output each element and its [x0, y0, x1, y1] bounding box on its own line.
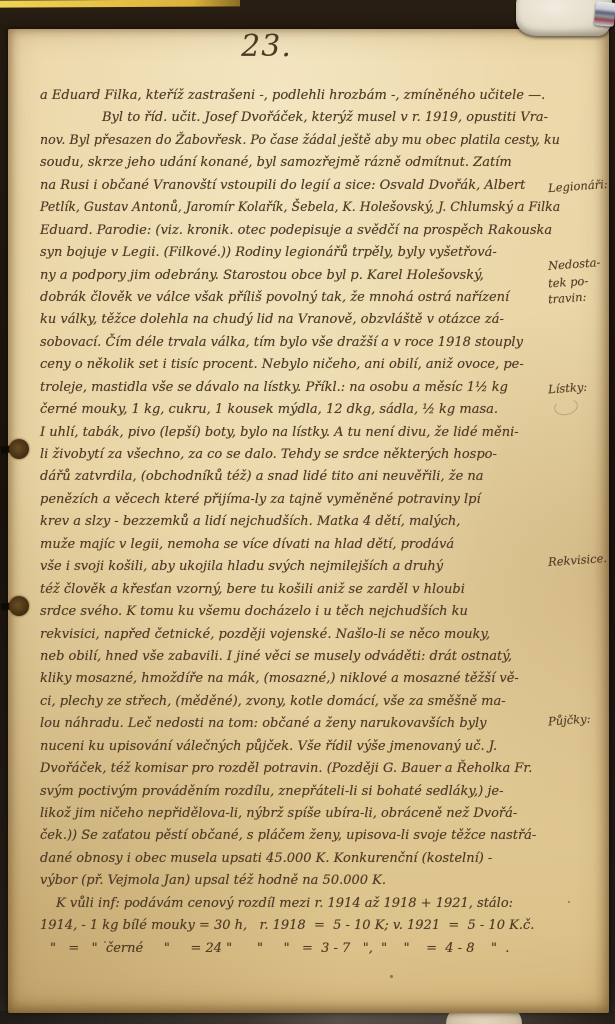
handwritten-line: Byl to říd. učit. Josef Dvořáček, kterýž…	[40, 107, 560, 129]
margin-note: Půjčky:	[548, 712, 591, 729]
handwritten-line: srdce svého. K tomu ku všemu docházelo i…	[40, 601, 560, 623]
margin-note: travin:	[548, 290, 587, 307]
handwritten-line: li živobytí za všechno, za co se dalo. T…	[40, 444, 560, 466]
handwritten-line: neb obilí, hned vše zabavili. I jiné věc…	[40, 646, 560, 668]
handwritten-line: dářů zatvrdila, (obchodníků též) a snad …	[40, 466, 560, 488]
scanned-chronicle-photo: 23. a Eduard Filka, kteříž zastrašeni -,…	[0, 0, 615, 1024]
handwritten-line: K vůli inf: podávám cenový rozdíl mezi r…	[40, 893, 560, 915]
handwritten-line: Dvořáček, též komisar pro rozděl potravi…	[40, 758, 560, 780]
handwritten-line: 1914, - 1 kg bílé mouky = 30 h, r. 1918 …	[40, 915, 560, 937]
handwritten-line: Petlík, Gustav Antonů, Jaromír Kolařík, …	[40, 197, 560, 219]
handwritten-line: troleje, mastidla vše se dávalo na lístk…	[40, 377, 560, 399]
handwritten-line: likož jim ničeho nepřidělova-li, nýbrž s…	[40, 803, 560, 825]
punch-hole-circle	[9, 596, 29, 616]
handwritten-line: ci, plechy ze střech, (měděné), zvony, k…	[40, 691, 560, 713]
handwritten-line: krev a slzy - bezzemků a lidí nejchudšíc…	[40, 511, 560, 533]
punch-hole-top	[5, 438, 29, 460]
handwritten-line: ceny o několik set i tisíc procent. Neby…	[40, 354, 560, 376]
handwritten-line: sobovací. Čím déle trvala válka, tím byl…	[40, 332, 560, 354]
page-number: 23.	[8, 29, 525, 64]
handwritten-line: ny a podpory jim odebrány. Starostou obc…	[40, 265, 560, 287]
yellow-edge-strip	[0, 0, 240, 8]
handwritten-line: dané obnosy i obec musela upsati 45.000 …	[40, 848, 560, 870]
handwritten-line: a Eduard Filka, kteříž zastrašeni -, pod…	[40, 85, 560, 107]
handwritten-line: vše i svoji košili, aby ukojila hladu sv…	[40, 556, 560, 578]
margin-note: Rekvisice.	[548, 551, 608, 569]
handwritten-line: černé mouky, 1 kg, cukru, 1 kousek mýdla…	[40, 399, 560, 421]
margin-note: Legionáři:	[548, 177, 609, 195]
chronicle-page: 23. a Eduard Filka, kteříž zastrašeni -,…	[8, 29, 609, 1013]
handwritten-line: syn bojuje v Legii. (Filkové.)) Rodiny l…	[40, 242, 560, 264]
handwritten-line: svým poctivým prováděním rozdílu, znepřá…	[40, 781, 560, 803]
handwritten-line: lou náhradu. Leč nedosti na tom: občané …	[40, 713, 560, 735]
margin-note: Lístky:	[548, 380, 588, 397]
handwritten-line: soudu, skrze jeho udání konané, byl samo…	[40, 152, 560, 174]
handwritten-line: ku války, těžce dolehla na chudý lid na …	[40, 309, 560, 331]
paper-speck	[568, 901, 570, 903]
handwritten-line: dobrák člověk ve válce však příliš povol…	[40, 287, 560, 309]
handwritten-line: kliky mosazné, hmoždíře na mák, (mosazné…	[40, 668, 560, 690]
handwritten-line: výbor (př. Vejmola Jan) upsal též hodně …	[40, 870, 560, 892]
handwritten-line: penězích a věcech které přijíma-ly za ta…	[40, 489, 560, 511]
punch-hole-circle	[9, 439, 29, 459]
handwritten-line: I uhlí, tabák, pivo (lepší) boty, bylo n…	[40, 422, 560, 444]
text-block: a Eduard Filka, kteříž zastrašeni -, pod…	[40, 85, 560, 960]
handwritten-line: " = " černé " = 24 " " " = 3 - 7 ", " " …	[40, 938, 560, 960]
handwritten-line: Eduard. Parodie: (viz. kronik. otec pode…	[40, 220, 560, 242]
handwritten-line: ček.)) Se zaťatou pěstí občané, s pláčem…	[40, 825, 560, 847]
margin-note: Nedosta-	[548, 255, 601, 273]
handwritten-line: též člověk a křesťan vzorný, bere tu koš…	[40, 579, 560, 601]
handwritten-line: muže majíc v legii, nemoha se více dívat…	[40, 534, 560, 556]
handwritten-line: na Rusi i občané Vranovští vstoupili do …	[40, 175, 560, 197]
paper-speck	[104, 941, 106, 943]
paper-speck	[390, 975, 393, 978]
handwritten-line: rekvisici, napřed četnické, později voje…	[40, 624, 560, 646]
handwritten-line: nov. Byl přesazen do Žabovřesk. Po čase …	[40, 130, 560, 152]
paper-clip-icon	[594, 1, 615, 27]
handwritten-line: nuceni ku upisování válečných půjček. Vš…	[40, 736, 560, 758]
punch-hole-bottom	[5, 595, 29, 617]
margin-note: tek po-	[548, 274, 589, 291]
